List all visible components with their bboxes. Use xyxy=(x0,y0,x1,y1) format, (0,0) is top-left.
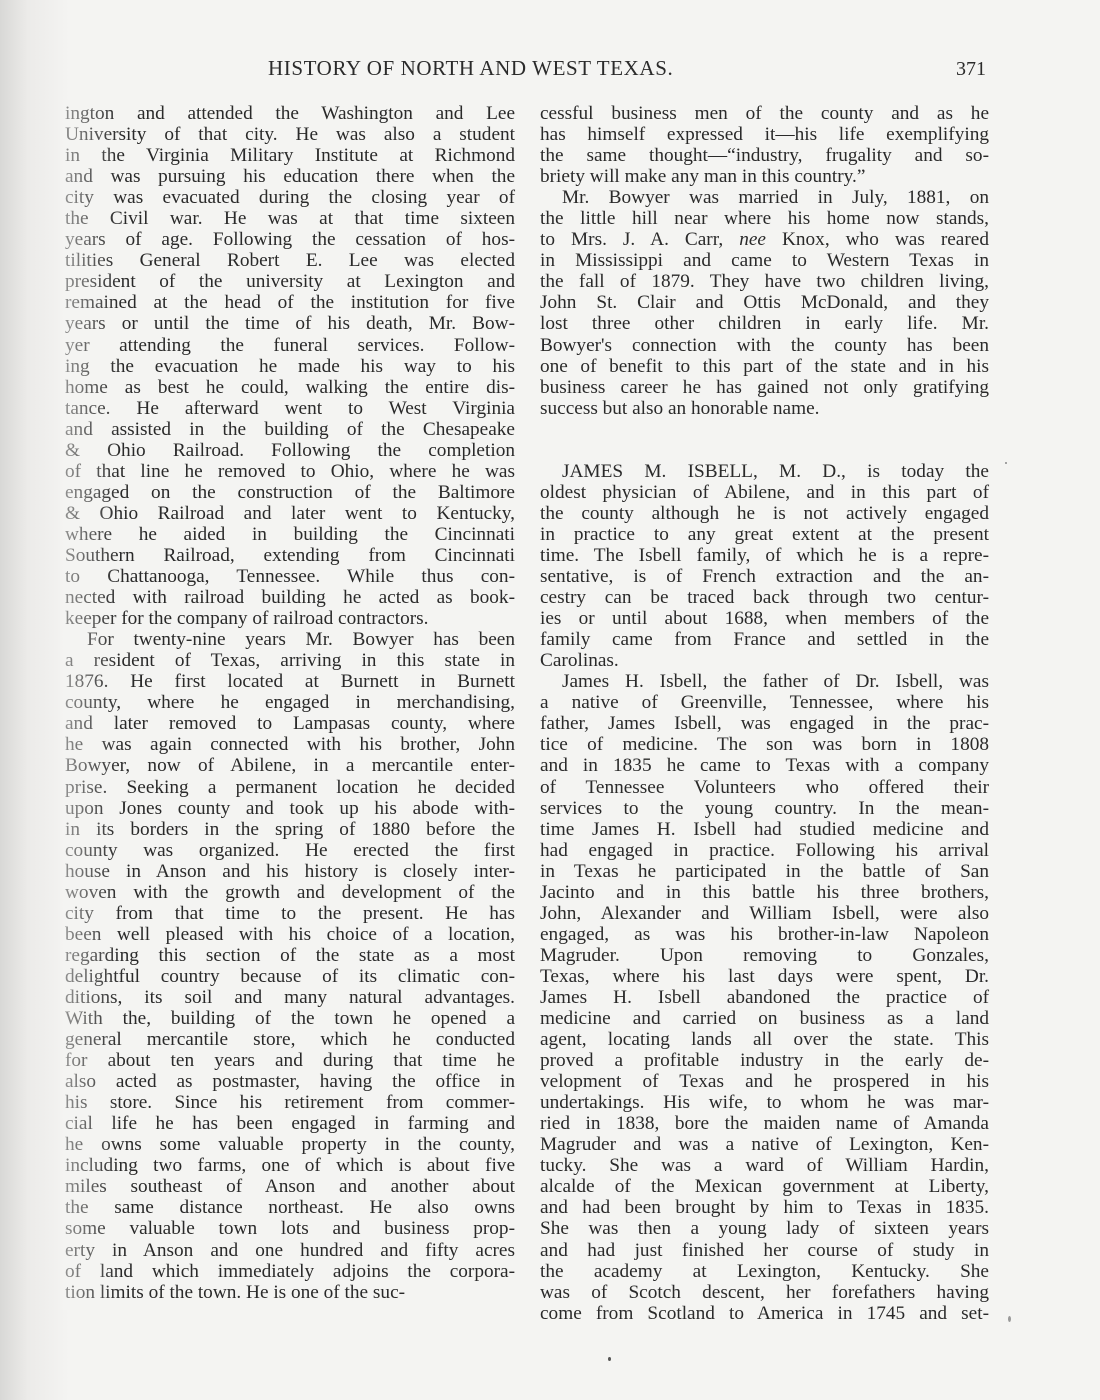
text-line: & Ohio Railroad and later went to Kentuc… xyxy=(65,503,515,524)
text-line: one of benefit to this part of the state… xyxy=(540,356,989,377)
text-line: for about ten years and during that time… xyxy=(65,1050,515,1071)
text-line: John St. Clair and Ottis McDonald, and t… xyxy=(540,292,989,313)
text-line: years of age. Following the cessation of… xyxy=(65,229,515,250)
text-line: was of Scotch descent, her forefathers h… xyxy=(540,1282,989,1303)
text-line: miles southeast of Anson and another abo… xyxy=(65,1176,515,1197)
text-line: house in Anson and his history is closel… xyxy=(65,861,515,882)
text-line: woven with the growth and development of… xyxy=(65,882,515,903)
text-line: Magruder and was a native of Lexington, … xyxy=(540,1134,989,1155)
text-line: velopment of Texas and he prospered in h… xyxy=(540,1071,989,1092)
text-line: including two farms, one of which is abo… xyxy=(65,1155,515,1176)
text-line: the fall of 1879. They have two children… xyxy=(540,271,989,292)
text-line: Texas, where his last days were spent, D… xyxy=(540,966,989,987)
text-line: Jacinto and in this battle his three bro… xyxy=(540,882,989,903)
text-line: and was pursuing his education there whe… xyxy=(65,166,515,187)
text-line: to Chattanooga, Tennessee. While thus co… xyxy=(65,566,515,587)
text-line: in its borders in the spring of 1880 bef… xyxy=(65,819,515,840)
text-line: city from that time to the present. He h… xyxy=(65,903,515,924)
text-line: tion limits of the town. He is one of th… xyxy=(65,1282,515,1303)
text-line: Mr. Bowyer was married in July, 1881, on xyxy=(540,187,989,208)
text-line: father, James Isbell, was engaged in the… xyxy=(540,713,989,734)
text-line: ditions, its soil and many natural advan… xyxy=(65,987,515,1008)
text-line: in the Virginia Military Institute at Ri… xyxy=(65,145,515,166)
text-line: undertakings. His wife, to whom he was m… xyxy=(540,1092,989,1113)
text-line: county, where he engaged in merchandisin… xyxy=(65,692,515,713)
text-line: engaged, as was his brother-in-law Napol… xyxy=(540,924,989,945)
text-line: county was organized. He erected the fir… xyxy=(65,840,515,861)
text-line: engaged on the construction of the Balti… xyxy=(65,482,515,503)
text-line: and had just finished her course of stud… xyxy=(540,1240,989,1261)
text-line: president of the university at Lexington… xyxy=(65,271,515,292)
text-line: regarding this section of the state as a… xyxy=(65,945,515,966)
text-line: a resident of Texas, arriving in this st… xyxy=(65,650,515,671)
text-line: yer attending the funeral services. Foll… xyxy=(65,335,515,356)
text-line: nected with railroad building he acted a… xyxy=(65,587,515,608)
text-line: has himself expressed it—his life exempl… xyxy=(540,124,989,145)
text-line: Magruder. Upon removing to Gonzales, xyxy=(540,945,989,966)
text-line: With the, building of the town he opened… xyxy=(65,1008,515,1029)
text-line: city was evacuated during the closing ye… xyxy=(65,187,515,208)
text-line: and assisted in the building of the Ches… xyxy=(65,419,515,440)
text-line: and later removed to Lampasas county, wh… xyxy=(65,713,515,734)
text-line: Southern Railroad, extending from Cincin… xyxy=(65,545,515,566)
text-line: alcalde of the Mexican government at Lib… xyxy=(540,1176,989,1197)
text-line: tilities General Robert E. Lee was elect… xyxy=(65,250,515,271)
text-line: oldest physician of Abilene, and in this… xyxy=(540,482,989,503)
text-line: JAMES M. ISBELL, M. D., is today the xyxy=(540,461,989,482)
text-line: in Mississippi and came to Western Texas… xyxy=(540,250,989,271)
text-line: James H. Isbell, the father of Dr. Isbel… xyxy=(540,671,989,692)
text-line: ried in 1838, bore the maiden name of Am… xyxy=(540,1113,989,1134)
text-line: come from Scotland to America in 1745 an… xyxy=(540,1303,989,1324)
text-line: tucky. She was a ward of William Hardin, xyxy=(540,1155,989,1176)
text-line: cestry can be traced back through two ce… xyxy=(540,587,989,608)
running-title: HISTORY OF NORTH AND WEST TEXAS. xyxy=(268,56,673,81)
text-line: he owns some valuable property in the co… xyxy=(65,1134,515,1155)
text-line: also acted as postmaster, having the off… xyxy=(65,1071,515,1092)
text-line: had engaged in practice. Following his a… xyxy=(540,840,989,861)
text-line: proved a profitable industry in the earl… xyxy=(540,1050,989,1071)
italic-word: nee xyxy=(739,229,766,250)
text-line: the Civil war. He was at that time sixte… xyxy=(65,208,515,229)
text-line: years or until the time of his death, Mr… xyxy=(65,313,515,334)
text-line: success but also an honorable name. xyxy=(540,398,989,419)
text-line: in Texas he participated in the battle o… xyxy=(540,861,989,882)
text-line: She was then a young lady of sixteen yea… xyxy=(540,1218,989,1239)
text-line: home as best he could, walking the entir… xyxy=(65,377,515,398)
text-line: remained at the head of the institution … xyxy=(65,292,515,313)
text-line: the same thought—“industry, frugality an… xyxy=(540,145,989,166)
text-line: the same distance northeast. He also own… xyxy=(65,1197,515,1218)
scan-speck xyxy=(1005,462,1007,464)
text-line: 1876. He first located at Burnett in Bur… xyxy=(65,671,515,692)
text-line: and in 1835 he came to Texas with a comp… xyxy=(540,755,989,776)
text-line: family came from France and settled in t… xyxy=(540,629,989,650)
text-line: where he aided in building the Cincinnat… xyxy=(65,524,515,545)
text-line: sentative, is of French extraction and t… xyxy=(540,566,989,587)
left-text-column: ington and attended the Washington and L… xyxy=(65,103,515,1303)
text-line: erty in Anson and one hundred and fifty … xyxy=(65,1240,515,1261)
right-text-column: cessful business men of the county and a… xyxy=(540,103,989,1324)
text-line: of land which immediately adjoins the co… xyxy=(65,1261,515,1282)
text-line: agent, locating lands all over the state… xyxy=(540,1029,989,1050)
text-line: the little hill near where his home now … xyxy=(540,208,989,229)
text-line: in practice to any great extent at the p… xyxy=(540,524,989,545)
text-line: time James H. Isbell had studied medicin… xyxy=(540,819,989,840)
text-line: and had been brought by him to Texas in … xyxy=(540,1197,989,1218)
text-line: some valuable town lots and business pro… xyxy=(65,1218,515,1239)
scan-speck xyxy=(1008,1316,1011,1322)
text-line: the county although he is not actively e… xyxy=(540,503,989,524)
text-line: time. The Isbell family, of which he is … xyxy=(540,545,989,566)
page-number: 371 xyxy=(956,58,986,81)
text-line: of Tennessee Volunteers who offered thei… xyxy=(540,777,989,798)
text-line: briety will make any man in this country… xyxy=(540,166,989,187)
text-line: For twenty-nine years Mr. Bowyer has bee… xyxy=(65,629,515,650)
text-line: Bowyer's connection with the county has … xyxy=(540,335,989,356)
text-line: his store. Since his retirement from com… xyxy=(65,1092,515,1113)
text-line: a native of Greenville, Tennessee, where… xyxy=(540,692,989,713)
text-line: general mercantile store, which he condu… xyxy=(65,1029,515,1050)
text-line: delightful country because of its climat… xyxy=(65,966,515,987)
text-line: lost three other children in early life.… xyxy=(540,313,989,334)
text-line: ing the evacuation he made his way to hi… xyxy=(65,356,515,377)
blank-line xyxy=(540,440,989,461)
text-line: & Ohio Railroad. Following the completio… xyxy=(65,440,515,461)
scan-speck xyxy=(608,1357,611,1361)
text-line: of that line he removed to Ohio, where h… xyxy=(65,461,515,482)
text-line: James H. Isbell abandoned the practice o… xyxy=(540,987,989,1008)
text-line: ington and attended the Washington and L… xyxy=(65,103,515,124)
text-line: business career he has gained not only g… xyxy=(540,377,989,398)
text-line: keeper for the company of railroad contr… xyxy=(65,608,515,629)
text-line: he was again connected with his brother,… xyxy=(65,734,515,755)
text-line: Bowyer, now of Abilene, in a mercantile … xyxy=(65,755,515,776)
text-line: Carolinas. xyxy=(540,650,989,671)
text-line: cial life he has been engaged in farming… xyxy=(65,1113,515,1134)
page-gutter-shadow xyxy=(0,0,70,1400)
text-line: University of that city. He was also a s… xyxy=(65,124,515,145)
text-line: upon Jones county and took up his abode … xyxy=(65,798,515,819)
text-line: John, Alexander and William Isbell, were… xyxy=(540,903,989,924)
text-line: tance. He afterward went to West Virgini… xyxy=(65,398,515,419)
text-line: the academy at Lexington, Kentucky. She xyxy=(540,1261,989,1282)
text-line: tice of medicine. The son was born in 18… xyxy=(540,734,989,755)
text-line: services to the young country. In the me… xyxy=(540,798,989,819)
blank-line xyxy=(540,419,989,440)
text-line: medicine and carried on business as a la… xyxy=(540,1008,989,1029)
text-line: cessful business men of the county and a… xyxy=(540,103,989,124)
text-line: prise. Seeking a permanent location he d… xyxy=(65,777,515,798)
text-line: been well pleased with his choice of a l… xyxy=(65,924,515,945)
text-line: ies or until about 1688, when members of… xyxy=(540,608,989,629)
text-line: to Mrs. J. A. Carr, nee Knox, who was re… xyxy=(540,229,989,250)
